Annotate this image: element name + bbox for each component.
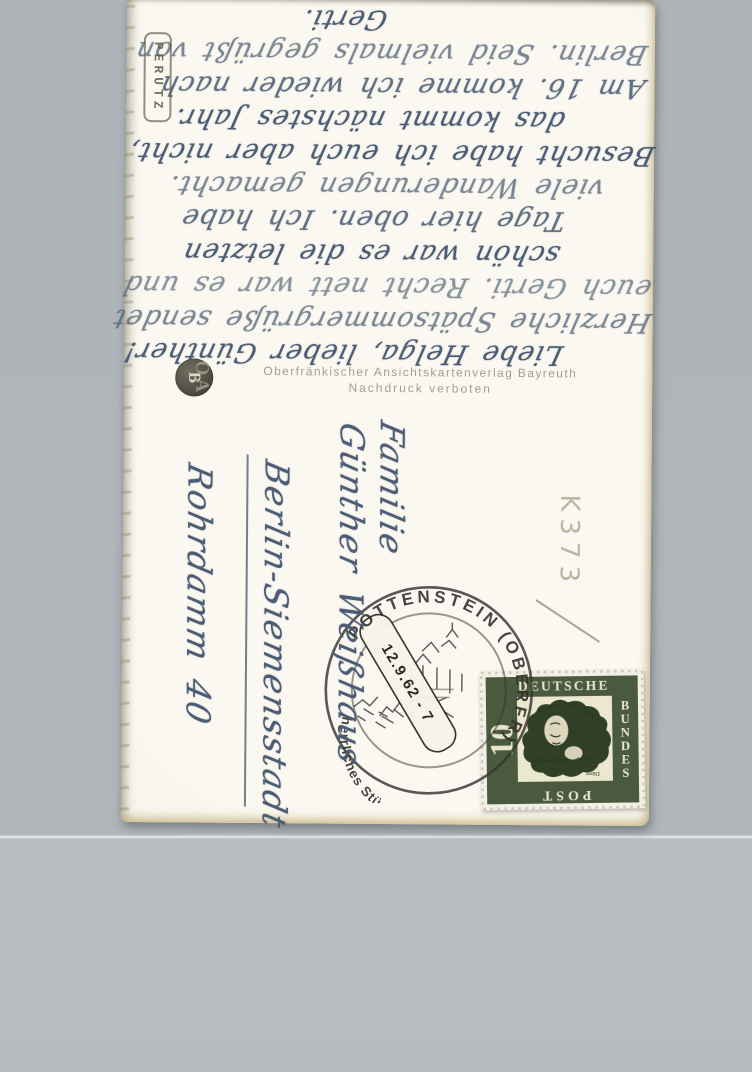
postcard: Liebe Helga, lieber Günther! Herzliche S… bbox=[121, 0, 655, 826]
message-line: schön war es die letzten bbox=[135, 235, 659, 272]
postmark-date-band: 12.9.62 - 7 bbox=[355, 609, 462, 757]
film-brand-label: PERUTZ bbox=[143, 32, 172, 122]
publisher-notice: Nachdruck verboten bbox=[220, 380, 620, 397]
handwritten-message: Liebe Helga, lieber Günther! Herzliche S… bbox=[138, 0, 657, 372]
message-signature: Gerti. bbox=[137, 1, 661, 38]
message-line: Tage hier oben. Ich habe bbox=[136, 201, 660, 238]
stamp-word-right: BUNDES bbox=[620, 698, 630, 780]
scanner-background-seam bbox=[0, 836, 752, 838]
message-line: viele Wanderungen gemacht. bbox=[136, 168, 660, 205]
message-line: Am 16. komme ich wieder nach bbox=[137, 68, 661, 105]
address-line-street: Rohrdamm 40 bbox=[173, 459, 219, 779]
pencil-dealer-code: K373 bbox=[553, 494, 584, 606]
address-line-familie: Familie bbox=[367, 416, 412, 578]
message-line: Berlin. Seid vielmals gegrüßt von bbox=[137, 34, 661, 71]
publisher-logo-letters: OA bbox=[190, 360, 212, 395]
postcard-scan: Liebe Helga, lieber Günther! Herzliche S… bbox=[0, 0, 752, 1072]
stamp-word-bottom: POST bbox=[539, 787, 592, 803]
message-line: Besucht habe ich euch aber nicht, bbox=[136, 134, 660, 171]
publisher-name: Oberfränkischer Ansichtskartenverlag Bay… bbox=[220, 364, 620, 381]
message-line: Herzliche Spätsommergrüße sendet bbox=[135, 301, 659, 338]
stamp-engraver-name: Dürer bbox=[586, 770, 600, 776]
publisher-imprint: Oberfränkischer Ansichtskartenverlag Bay… bbox=[220, 364, 620, 397]
address-line-city: Berlin-Siemensstadt bbox=[244, 454, 297, 817]
address-line-name: Günther Weißhaus bbox=[326, 418, 372, 728]
message-line: das kommt nächstes Jahr. bbox=[136, 101, 660, 138]
message-line: euch Gerti. Recht nett war es und bbox=[135, 268, 659, 305]
